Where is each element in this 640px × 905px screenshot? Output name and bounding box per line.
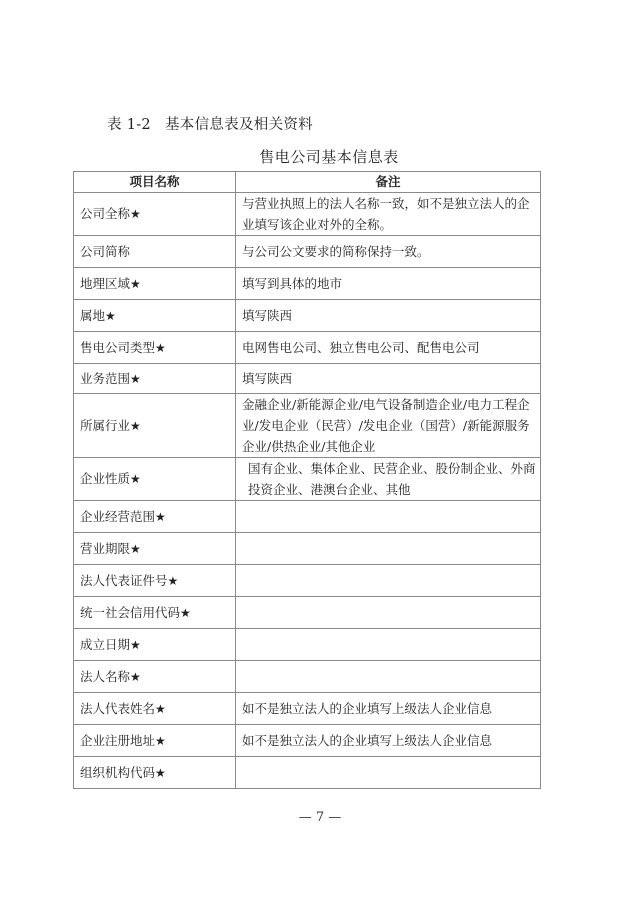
remarks-cell: 填写到具体的地市	[236, 268, 541, 300]
table-caption: 表 1-2基本信息表及相关资料	[107, 113, 313, 134]
basic-info-table: 项目名称 备注 公司全称★与营业执照上的法人名称一致，如不是独立法人的企业填写该…	[73, 171, 541, 789]
remarks-cell	[236, 629, 541, 661]
remarks-cell	[236, 757, 541, 789]
item-name-cell: 法人代表证件号★	[74, 565, 236, 597]
item-name-cell: 企业经营范围★	[74, 501, 236, 533]
table-row: 法人代表姓名★如不是独立法人的企业填写上级法人企业信息	[74, 693, 541, 725]
item-name: 地理区域	[80, 276, 130, 291]
column-header-item-name: 项目名称	[74, 172, 236, 193]
item-name-cell: 所属行业★	[74, 394, 236, 458]
item-name-cell: 营业期限★	[74, 533, 236, 565]
required-star-icon: ★	[130, 472, 141, 486]
table-body: 公司全称★与营业执照上的法人名称一致，如不是独立法人的企业填写该企业对外的全称。…	[74, 193, 541, 789]
item-name: 企业注册地址	[80, 733, 155, 748]
required-star-icon: ★	[168, 574, 179, 588]
remarks-cell: 填写陕西	[236, 300, 541, 332]
table-row: 公司简称与公司公文要求的简称保持一致。	[74, 236, 541, 268]
item-name: 法人代表姓名	[80, 701, 155, 716]
column-header-remarks: 备注	[236, 172, 541, 193]
table-row: 营业期限★	[74, 533, 541, 565]
item-name: 公司简称	[80, 244, 130, 259]
item-name-cell: 统一社会信用代码★	[74, 597, 236, 629]
item-name: 属地	[80, 308, 105, 323]
item-name-cell: 企业性质★	[74, 458, 236, 501]
remarks-cell	[236, 597, 541, 629]
table-row: 组织机构代码★	[74, 757, 541, 789]
remarks-cell: 金融企业/新能源企业/电气设备制造企业/电力工程企业/发电企业（民营）/发电企业…	[236, 394, 541, 458]
table-row: 所属行业★金融企业/新能源企业/电气设备制造企业/电力工程企业/发电企业（民营）…	[74, 394, 541, 458]
item-name: 营业期限	[80, 541, 130, 556]
item-name: 法人名称	[80, 669, 130, 684]
item-name: 企业经营范围	[80, 509, 155, 524]
required-star-icon: ★	[130, 207, 141, 221]
table-row: 企业性质★国有企业、集体企业、民营企业、股份制企业、外商投资企业、港澳台企业、其…	[74, 458, 541, 501]
item-name-cell: 售电公司类型★	[74, 332, 236, 364]
table-title: 售电公司基本信息表	[0, 146, 640, 167]
required-star-icon: ★	[130, 277, 141, 291]
table-row: 业务范围★填写陕西	[74, 364, 541, 394]
required-star-icon: ★	[105, 309, 116, 323]
table-row: 成立日期★	[74, 629, 541, 661]
required-star-icon: ★	[155, 510, 166, 524]
item-name: 所属行业	[80, 418, 130, 433]
table-row: 法人代表证件号★	[74, 565, 541, 597]
item-name: 成立日期	[80, 637, 130, 652]
table-row: 地理区域★填写到具体的地市	[74, 268, 541, 300]
remarks-cell: 电网售电公司、独立售电公司、配售电公司	[236, 332, 541, 364]
item-name-cell: 业务范围★	[74, 364, 236, 394]
remarks-cell: 填写陕西	[236, 364, 541, 394]
table-row: 售电公司类型★电网售电公司、独立售电公司、配售电公司	[74, 332, 541, 364]
caption-number: 表 1-2	[107, 117, 151, 133]
remarks-cell	[236, 565, 541, 597]
item-name: 统一社会信用代码	[80, 605, 180, 620]
remarks-cell: 如不是独立法人的企业填写上级法人企业信息	[236, 725, 541, 757]
table-row: 企业注册地址★如不是独立法人的企业填写上级法人企业信息	[74, 725, 541, 757]
table-row: 公司全称★与营业执照上的法人名称一致，如不是独立法人的企业填写该企业对外的全称。	[74, 193, 541, 236]
remarks-cell	[236, 661, 541, 693]
item-name-cell: 组织机构代码★	[74, 757, 236, 789]
remarks-cell: 与公司公文要求的简称保持一致。	[236, 236, 541, 268]
item-name-cell: 公司全称★	[74, 193, 236, 236]
required-star-icon: ★	[155, 766, 166, 780]
table-header-row: 项目名称 备注	[74, 172, 541, 193]
item-name: 业务范围	[80, 371, 130, 386]
table-row: 统一社会信用代码★	[74, 597, 541, 629]
remarks-cell	[236, 501, 541, 533]
item-name: 售电公司类型	[80, 340, 155, 355]
remarks-cell: 国有企业、集体企业、民营企业、股份制企业、外商投资企业、港澳台企业、其他	[236, 458, 541, 501]
item-name: 组织机构代码	[80, 765, 155, 780]
table-row: 属地★填写陕西	[74, 300, 541, 332]
item-name-cell: 法人名称★	[74, 661, 236, 693]
required-star-icon: ★	[180, 606, 191, 620]
remarks-cell: 与营业执照上的法人名称一致，如不是独立法人的企业填写该企业对外的全称。	[236, 193, 541, 236]
table-row: 企业经营范围★	[74, 501, 541, 533]
item-name-cell: 企业注册地址★	[74, 725, 236, 757]
required-star-icon: ★	[155, 734, 166, 748]
item-name-cell: 属地★	[74, 300, 236, 332]
item-name: 公司全称	[80, 206, 130, 221]
item-name: 企业性质	[80, 471, 130, 486]
caption-title: 基本信息表及相关资料	[165, 117, 313, 133]
required-star-icon: ★	[155, 702, 166, 716]
item-name: 法人代表证件号	[80, 573, 168, 588]
required-star-icon: ★	[155, 341, 166, 355]
item-name-cell: 法人代表姓名★	[74, 693, 236, 725]
required-star-icon: ★	[130, 542, 141, 556]
required-star-icon: ★	[130, 670, 141, 684]
remarks-cell	[236, 533, 541, 565]
item-name-cell: 公司简称	[74, 236, 236, 268]
required-star-icon: ★	[130, 638, 141, 652]
required-star-icon: ★	[130, 419, 141, 433]
item-name-cell: 地理区域★	[74, 268, 236, 300]
item-name-cell: 成立日期★	[74, 629, 236, 661]
table-row: 法人名称★	[74, 661, 541, 693]
required-star-icon: ★	[130, 372, 141, 386]
remarks-cell: 如不是独立法人的企业填写上级法人企业信息	[236, 693, 541, 725]
page-number: — 7 —	[0, 810, 640, 825]
